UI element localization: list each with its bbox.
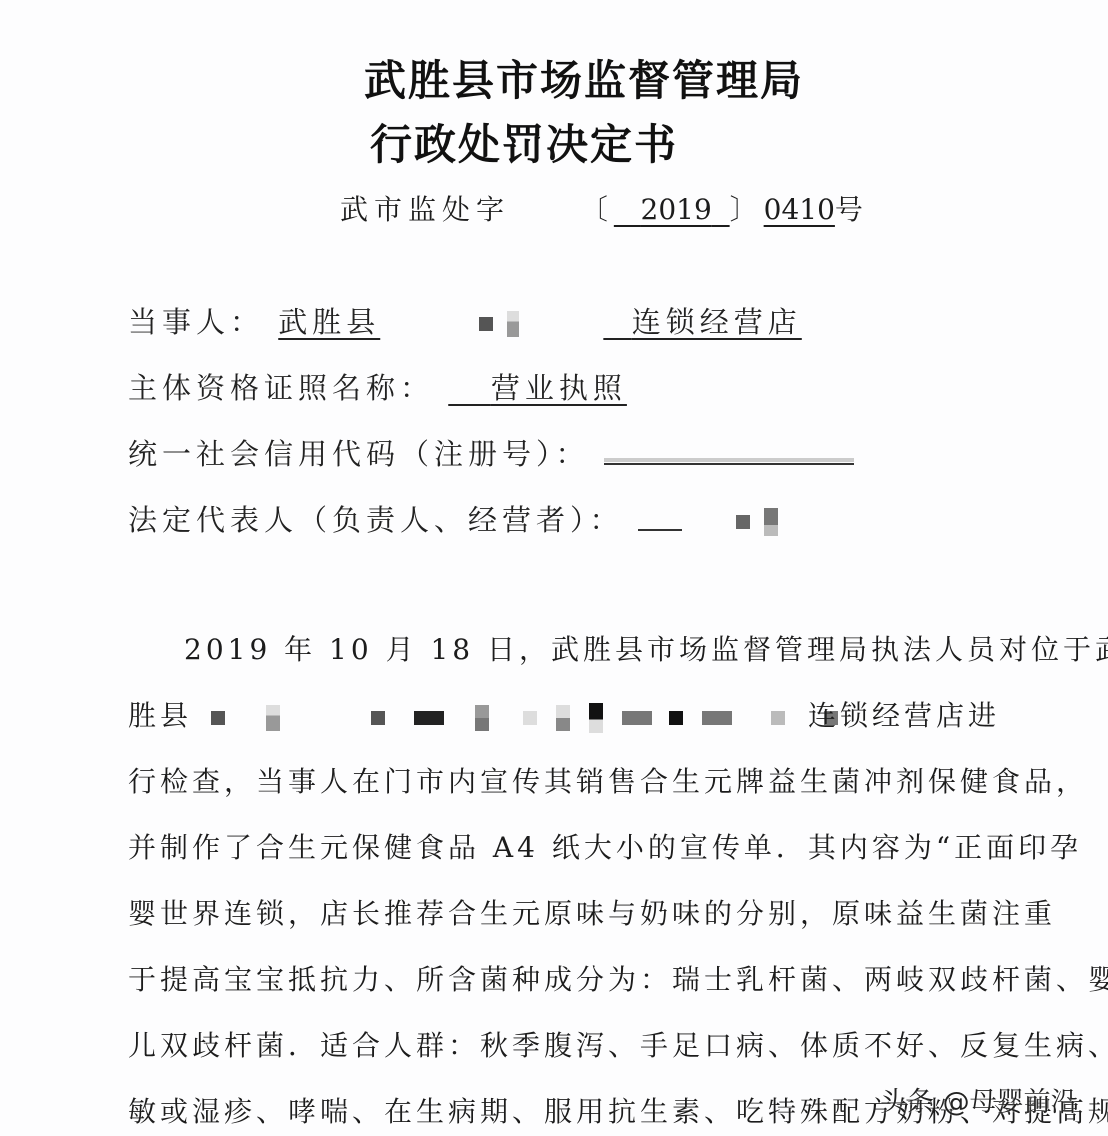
doc-year: 2019	[614, 193, 730, 226]
body-line-1: 2019 年 10 月 18 日，武胜县市场监督管理局执法人员对位于武	[184, 628, 1108, 668]
redacted-block	[669, 711, 683, 725]
party-value-start: 武胜县	[278, 305, 380, 339]
redacted-block	[507, 311, 519, 337]
representative-value-blank	[638, 528, 682, 531]
body-line-6: 于提高宝宝抵抗力、所含菌种成分为：瑞士乳杆菌、两岐双歧杆菌、婴	[128, 958, 1108, 998]
watermark: 头条 @母婴前沿	[880, 1080, 1078, 1119]
doc-bracket-open: 〔	[580, 193, 614, 226]
redacted-block	[414, 711, 444, 725]
document-title-agency: 武胜县市场监督管理局	[0, 48, 1108, 108]
redacted-block	[211, 711, 225, 725]
document-title-type: 行政处罚决定书	[0, 112, 1108, 172]
body-line-5: 婴世界连锁，店长推荐合生元原味与奶味的分别，原味益生菌注重	[128, 892, 1056, 932]
credit-code-label: 统一社会信用代码（注册号）：	[128, 437, 590, 471]
redacted-block	[589, 703, 603, 733]
party-label: 当事人：	[128, 305, 264, 339]
body-line-7: 儿双歧杆菌．适合人群：秋季腹泻、手足口病、体质不好、反复生病、过	[128, 1024, 1108, 1064]
doc-suffix: 号	[835, 193, 869, 226]
redacted-block	[371, 711, 385, 725]
redacted-block	[556, 705, 570, 731]
body-line-3: 行检查，当事人在门市内宣传其销售合生元牌益生菌冲剂保健食品，	[128, 760, 1088, 800]
field-license: 主体资格证照名称： 营业执照	[128, 366, 627, 407]
body-line-2: 胜县 连锁经营店进	[128, 694, 1000, 734]
redacted-block	[736, 515, 750, 529]
party-value-end: 连锁经营店	[603, 305, 801, 339]
field-credit-code: 统一社会信用代码（注册号）：	[128, 432, 854, 473]
redacted-block	[771, 711, 785, 725]
redacted-block	[622, 711, 652, 725]
license-label: 主体资格证照名称：	[128, 371, 434, 405]
license-value: 营业执照	[448, 371, 627, 405]
redacted-block	[475, 705, 489, 731]
redacted-block	[479, 317, 493, 331]
credit-code-value-blank	[604, 458, 854, 465]
body-line-2-end: 连锁经营店进	[808, 694, 1000, 734]
document-number: 武市监处字 〔 2019 〕0410号	[340, 188, 869, 228]
representative-label: 法定代表人（负责人、经营者）：	[128, 503, 624, 537]
redacted-block	[266, 705, 280, 731]
redacted-block	[523, 711, 537, 725]
body-line-4: 并制作了合生元保健食品 A4 纸大小的宣传单．其内容为“正面印孕	[128, 826, 1082, 866]
doc-prefix: 武市监处字	[340, 193, 510, 226]
doc-bracket-close: 〕	[730, 193, 764, 226]
doc-number: 0410	[764, 193, 835, 226]
field-representative: 法定代表人（负责人、经营者）：	[128, 498, 778, 539]
redacted-block	[764, 508, 778, 536]
redacted-block	[702, 711, 732, 725]
field-party: 当事人： 武胜县 连锁经营店	[128, 300, 802, 341]
